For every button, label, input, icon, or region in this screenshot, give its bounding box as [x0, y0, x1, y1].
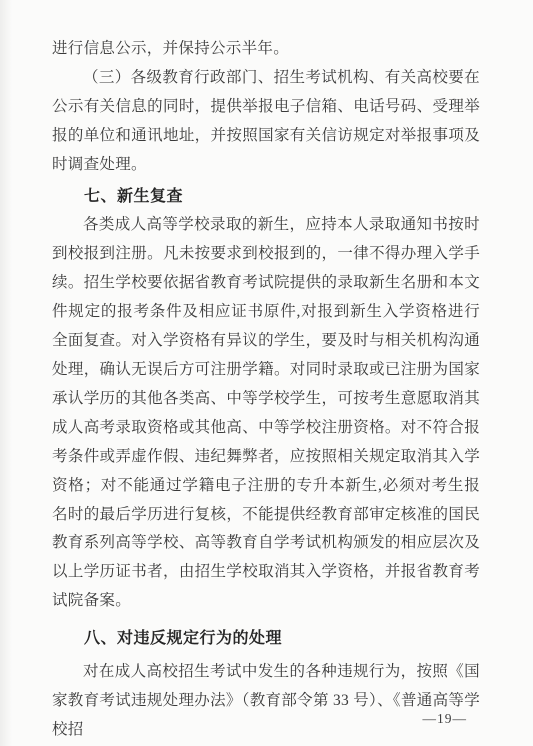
paragraph-item-three: （三）各级教育行政部门、招生考试机构、有关高校要在公示有关信息的同时，提供举报电… — [52, 64, 480, 180]
page-number: —19— — [423, 711, 468, 727]
paragraph-public-notice-continuation: 进行信息公示，并保持公示半年。 — [52, 35, 480, 64]
section-heading-freshman-recheck: 七、新生复查 — [52, 183, 480, 212]
section-heading-violation-handling: 八、对违反规定行为的处理 — [52, 625, 480, 654]
document-page: 进行信息公示，并保持公示半年。 （三）各级教育行政部门、招生考试机构、有关高校要… — [0, 0, 533, 746]
paragraph-violation-handling: 对在成人高校招生考试中发生的各种违规行为，按照《国家教育考试违规处理办法》（教育… — [52, 658, 480, 745]
paragraph-freshman-recheck: 各类成人高等学校录取的新生，应持本人录取通知书按时到校报到注册。凡未按要求到校报… — [52, 211, 480, 616]
document-body: 进行信息公示，并保持公示半年。 （三）各级教育行政部门、招生考试机构、有关高校要… — [0, 0, 533, 745]
